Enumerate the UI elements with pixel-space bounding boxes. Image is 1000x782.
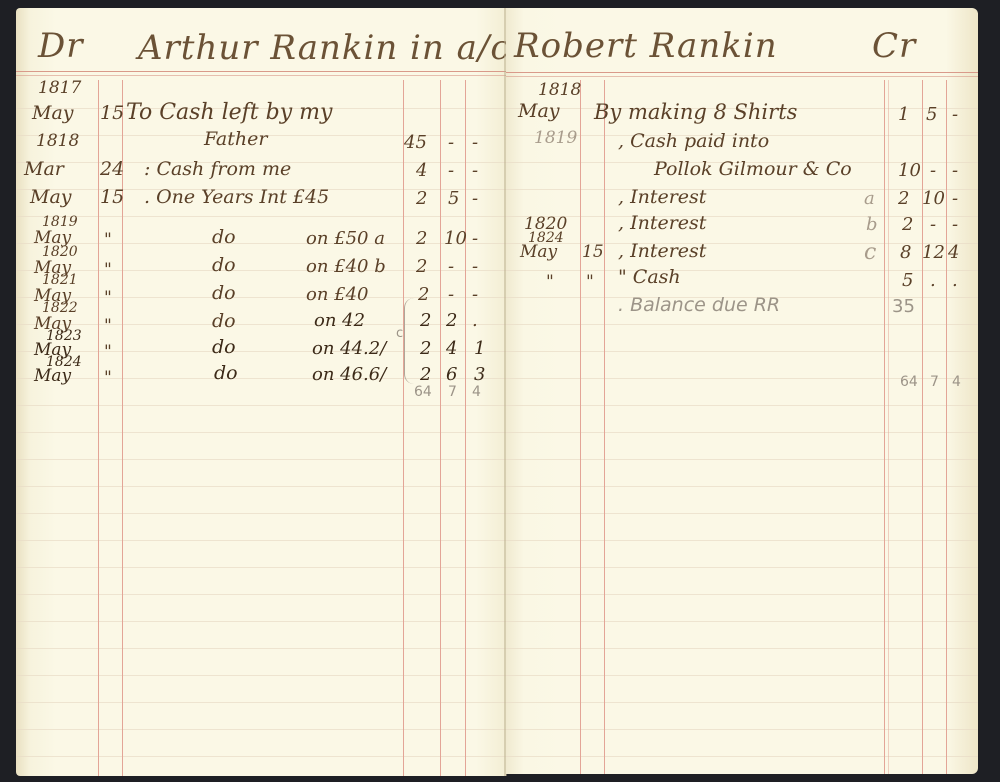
entry-pounds: 35 (892, 296, 915, 317)
entry-ref: on £40 b (306, 256, 386, 277)
total-shillings: 7 (930, 374, 939, 390)
account-title-right: Robert Rankin (514, 26, 778, 66)
entry-text: do (212, 226, 236, 248)
entry-text: , Interest (618, 240, 706, 262)
column-rule-pence (465, 80, 466, 776)
entry-ref: on 46.6/ (312, 364, 386, 385)
entry-shillings: 5 (448, 188, 459, 209)
entry-pounds: 2 (420, 310, 431, 331)
entry-pence: - (472, 228, 478, 249)
ruled-line (16, 675, 506, 676)
entry-shillings: 12 (922, 242, 945, 263)
column-rule-shillings (922, 80, 923, 774)
entry-day: 15 (582, 242, 604, 262)
entry-text: To Cash left by my (126, 100, 332, 125)
entry-shillings: - (930, 160, 936, 181)
entry-pence: - (472, 188, 478, 209)
entry-pounds: 5 (902, 270, 913, 291)
entry-pounds: 2 (418, 284, 429, 305)
entry-shillings: - (930, 214, 936, 235)
entry-text: do (212, 254, 236, 276)
entry-pence: 3 (474, 364, 485, 385)
total-pounds: 64 (414, 384, 432, 400)
entry-shillings: - (448, 284, 454, 305)
ruled-line (506, 540, 978, 541)
entry-pounds: 2 (420, 338, 431, 359)
entry-pence: - (952, 214, 958, 235)
entry-text: By making 8 Shirts (594, 100, 797, 124)
ruled-line (16, 405, 506, 406)
entry-pounds: 2 (902, 214, 913, 235)
ruled-line (16, 270, 506, 271)
entry-shillings: 6 (446, 364, 457, 385)
ruled-line (506, 675, 978, 676)
entry-pence: 1 (474, 338, 485, 359)
column-rule-pounds (403, 80, 404, 776)
entry-shillings: . (930, 270, 936, 291)
entry-shillings: 2 (446, 310, 457, 331)
column-rule-day (98, 80, 99, 776)
entry-day: 15 (100, 102, 124, 124)
entry-year: 1819 (534, 128, 577, 148)
pencil-bracket (404, 298, 415, 384)
ruled-line (16, 459, 506, 460)
entry-day: 24 (100, 158, 124, 180)
header-rule (506, 72, 978, 73)
ruled-line (506, 567, 978, 568)
column-rule-day (580, 80, 581, 774)
ruled-line (16, 567, 506, 568)
entry-pence: 4 (948, 242, 959, 263)
ruled-line (506, 405, 978, 406)
entry-text: do (214, 362, 238, 384)
ruled-line (16, 432, 506, 433)
entry-pence: - (472, 284, 478, 305)
ruled-line (506, 324, 978, 325)
entry-month: May (520, 242, 557, 262)
entry-shillings: 10 (444, 228, 467, 249)
total-pence: 4 (952, 374, 961, 390)
credit-label: Cr (872, 26, 916, 66)
entry-text: do (212, 336, 236, 358)
ruled-line (506, 702, 978, 703)
entry-text: : Cash from me (144, 158, 291, 180)
entry-text-balance: . Balance due RR (618, 294, 780, 316)
entry-text: do (212, 310, 236, 332)
ruled-line (16, 756, 506, 757)
total-pounds: 64 (900, 374, 918, 390)
header-rule (16, 71, 506, 72)
total-shillings: 7 (448, 384, 457, 400)
right-ledger-page: Robert Rankin Cr 1818 May By making 8 Sh… (506, 8, 978, 774)
entry-month: May (518, 100, 560, 122)
entry-day: " (586, 272, 594, 292)
ruled-line (16, 621, 506, 622)
ruled-line (16, 378, 506, 379)
ruled-line (16, 702, 506, 703)
entry-month: May (30, 186, 72, 208)
entry-pounds: 45 (404, 132, 427, 153)
header-rule-double (16, 75, 506, 76)
entry-month: " (546, 272, 554, 292)
entry-text: do (212, 282, 236, 304)
entry-ref: a (864, 188, 875, 209)
entry-shillings: - (448, 160, 454, 181)
bracket-mark: c (396, 326, 403, 341)
entry-pence: . (472, 310, 478, 331)
ruled-line (506, 648, 978, 649)
entry-pence: - (472, 132, 478, 153)
entry-day: " (104, 342, 112, 362)
entry-text: , Interest (618, 212, 706, 234)
entry-shillings: 10 (922, 188, 945, 209)
ruled-line (506, 432, 978, 433)
entry-shillings: 5 (926, 104, 937, 125)
column-rule-shillings (440, 80, 441, 776)
entry-ref: on £40 (306, 284, 369, 305)
entry-pounds: 2 (898, 188, 909, 209)
entry-day: 15 (100, 186, 124, 208)
entry-day: " (104, 260, 112, 280)
ruled-line (16, 216, 506, 217)
ruled-line (506, 756, 978, 757)
ruled-line (16, 729, 506, 730)
entry-day: " (104, 368, 112, 388)
ruled-line (16, 594, 506, 595)
ruled-line (506, 729, 978, 730)
ruled-line (506, 459, 978, 460)
ruled-line (16, 486, 506, 487)
entry-ref: on £50 a (306, 228, 385, 249)
ruled-line (506, 351, 978, 352)
entry-ref: on 44.2/ (312, 338, 386, 359)
entry-text: Pollok Gilmour & Co (654, 158, 852, 180)
debit-label: Dr (38, 26, 84, 66)
ruled-line (506, 486, 978, 487)
entry-text: . One Years Int £45 (144, 186, 329, 208)
account-title-left: Arthur Rankin in a/c (138, 28, 506, 68)
entry-year: 1818 (538, 80, 581, 100)
column-rule-pounds-double (888, 80, 889, 774)
column-rule-text (604, 80, 605, 774)
entry-pence: - (472, 160, 478, 181)
entry-pounds: 4 (416, 160, 427, 181)
entry-shillings: 4 (446, 338, 457, 359)
entry-month: May (34, 366, 71, 386)
entry-pounds: 1 (898, 104, 909, 125)
entry-ref: on 42 (314, 310, 365, 331)
entry-pence: - (952, 160, 958, 181)
entry-shillings: - (448, 132, 454, 153)
ruled-line (506, 621, 978, 622)
entry-pounds: 2 (416, 228, 427, 249)
entry-year: 1817 (38, 78, 81, 98)
entry-text: " Cash (618, 266, 681, 288)
entry-pence: - (952, 104, 958, 125)
entry-shillings: - (448, 256, 454, 277)
column-rule-text (122, 80, 123, 776)
entry-pounds: 10 (898, 160, 921, 181)
ruled-line (16, 351, 506, 352)
entry-day: " (104, 288, 112, 308)
entry-pence: - (472, 256, 478, 277)
ruled-line (506, 594, 978, 595)
entry-text: , Cash paid into (618, 130, 769, 152)
column-rule-pence (946, 80, 947, 774)
ruled-line (16, 513, 506, 514)
ruled-line (506, 513, 978, 514)
header-rule-double (506, 76, 978, 77)
entry-month: Mar (24, 158, 64, 180)
entry-day: " (104, 316, 112, 336)
entry-pence: - (952, 188, 958, 209)
entry-pounds: 2 (420, 364, 431, 385)
left-ledger-page: Dr Arthur Rankin in a/c 1817 May 15 To C… (16, 8, 506, 776)
entry-text: , Interest (618, 186, 706, 208)
ruled-line (16, 324, 506, 325)
entry-month: May (32, 102, 74, 124)
ruled-line (16, 243, 506, 244)
entry-year: 1818 (36, 131, 79, 151)
ruled-line (16, 648, 506, 649)
entry-pounds: 8 (900, 242, 911, 263)
entry-pounds: 2 (416, 256, 427, 277)
entry-text: Father (204, 128, 267, 150)
ruled-line (16, 540, 506, 541)
entry-pounds: 2 (416, 188, 427, 209)
entry-day: " (104, 230, 112, 250)
ruled-line (16, 297, 506, 298)
total-pence: 4 (472, 384, 481, 400)
column-rule-pounds (884, 80, 885, 774)
entry-ref: c (864, 240, 876, 265)
entry-ref: b (866, 214, 878, 235)
entry-pence: . (952, 270, 958, 291)
